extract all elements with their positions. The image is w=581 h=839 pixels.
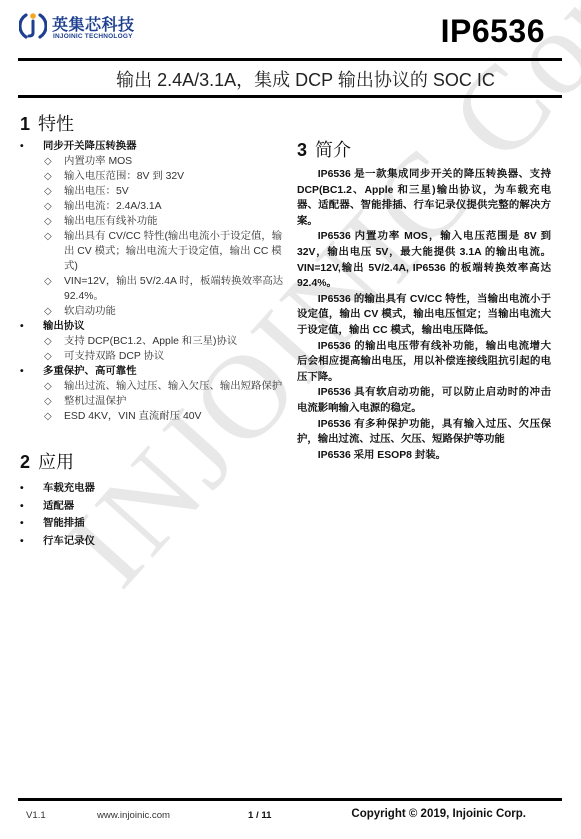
logo-i-icon — [19, 11, 47, 41]
application-item: 智能排插 — [20, 515, 95, 533]
feature-group-title: 同步开关降压转换器 — [20, 139, 285, 154]
feature-item: ◇整机过温保护 — [20, 394, 285, 409]
logo-company-cn: 英集芯科技 — [52, 12, 135, 35]
diamond-bullet-icon: ◇ — [44, 409, 52, 424]
part-number-title: IP6536 — [441, 13, 545, 50]
diamond-bullet-icon: ◇ — [44, 214, 52, 229]
diamond-bullet-icon: ◇ — [44, 274, 52, 289]
intro-paragraph: IP6536 有多种保护功能，具有输入过压、欠压保护，输出过流、过压、欠压、短路… — [297, 417, 551, 448]
section-title: 简介 — [315, 140, 351, 160]
intro-paragraph: IP6536 采用 ESOP8 封装。 — [297, 448, 551, 464]
section-heading-introduction: 3简介 — [297, 136, 351, 162]
feature-item: ◇输出电压：5V — [20, 184, 285, 199]
feature-item: ◇内置功率 MOS — [20, 154, 285, 169]
datasheet-page: INJOINIC Corp. 英集芯科技 INJOINIC TECHNOLOGY… — [0, 0, 581, 839]
intro-paragraph: IP6536 具有软启动功能，可以防止启动时的冲击电流影响输入电源的稳定。 — [297, 385, 551, 416]
diamond-bullet-icon: ◇ — [44, 334, 52, 349]
application-item: 车载充电器 — [20, 480, 95, 498]
feature-group-title: 多重保护、高可靠性 — [20, 364, 285, 379]
feature-item: ◇ESD 4KV，VIN 直流耐压 40V — [20, 409, 285, 424]
feature-item: ◇输出电流：2.4A/3.1A — [20, 199, 285, 214]
feature-item: ◇可支持双路 DCP 协议 — [20, 349, 285, 364]
diamond-bullet-icon: ◇ — [44, 199, 52, 214]
feature-group-title: 输出协议 — [20, 319, 285, 334]
feature-item: ◇输出电压有线补功能 — [20, 214, 285, 229]
diamond-bullet-icon: ◇ — [44, 349, 52, 364]
feature-item: ◇输出具有 CV/CC 特性(输出电流小于设定值，输出 CV 模式；输出电流大于… — [20, 229, 285, 274]
document-version: V1.1 — [26, 810, 46, 821]
section-number: 2 — [20, 452, 30, 472]
website-link[interactable]: www.injoinic.com — [97, 810, 170, 821]
section-heading-features: 1特性 — [20, 110, 74, 136]
intro-paragraph: IP6536 是一款集成同步开关的降压转换器、支持 DCP(BC1.2、Appl… — [297, 167, 551, 229]
logo-company-en: INJOINIC TECHNOLOGY — [53, 33, 133, 40]
feature-item: ◇支持 DCP(BC1.2、Apple 和三星)协议 — [20, 334, 285, 349]
copyright-notice: Copyright © 2019, Injoinic Corp. — [351, 808, 526, 820]
header-divider-bottom — [18, 95, 562, 98]
diamond-bullet-icon: ◇ — [44, 229, 52, 244]
diamond-bullet-icon: ◇ — [44, 394, 52, 409]
feature-item: ◇输入电压范围：8V 到 32V — [20, 169, 285, 184]
feature-item: ◇输出过流、输入过压、输入欠压、输出短路保护 — [20, 379, 285, 394]
company-logo: 英集芯科技 INJOINIC TECHNOLOGY — [19, 9, 144, 43]
section-title: 特性 — [38, 114, 74, 134]
page-number: 1 / 11 — [248, 810, 271, 821]
application-item: 行车记录仪 — [20, 533, 95, 551]
feature-item: ◇软启动功能 — [20, 304, 285, 319]
header-divider-top — [18, 58, 562, 61]
features-list: 同步开关降压转换器 ◇内置功率 MOS ◇输入电压范围：8V 到 32V ◇输出… — [20, 139, 285, 424]
diamond-bullet-icon: ◇ — [44, 379, 52, 394]
intro-paragraph: IP6536 的输出电压带有线补功能，输出电流增大后会相应提高输出电压，用以补偿… — [297, 339, 551, 386]
diamond-bullet-icon: ◇ — [44, 154, 52, 169]
document-subtitle: 输出 2.4A/3.1A，集成 DCP 输出协议的 SOC IC — [0, 66, 581, 92]
diamond-bullet-icon: ◇ — [44, 169, 52, 184]
footer-divider — [18, 798, 562, 801]
section-number: 3 — [297, 140, 307, 160]
intro-paragraph: IP6536 的输出具有 CV/CC 特性，当输出电流小于设定值，输出 CV 模… — [297, 292, 551, 339]
diamond-bullet-icon: ◇ — [44, 304, 52, 319]
feature-item: ◇VIN=12V，输出 5V/2.4A 时，板端转换效率高达 92.4%。 — [20, 274, 285, 304]
applications-list: 车载充电器 适配器 智能排插 行车记录仪 — [20, 480, 95, 550]
application-item: 适配器 — [20, 498, 95, 516]
diamond-bullet-icon: ◇ — [44, 184, 52, 199]
section-title: 应用 — [38, 452, 74, 472]
introduction-body: IP6536 是一款集成同步开关的降压转换器、支持 DCP(BC1.2、Appl… — [297, 167, 551, 463]
section-heading-applications: 2应用 — [20, 448, 74, 474]
section-number: 1 — [20, 114, 30, 134]
page-footer: V1.1 www.injoinic.com 1 / 11 Copyright ©… — [0, 810, 581, 826]
intro-paragraph: IP6536 内置功率 MOS，输入电压范围是 8V 到 32V，输出电压 5V… — [297, 229, 551, 291]
